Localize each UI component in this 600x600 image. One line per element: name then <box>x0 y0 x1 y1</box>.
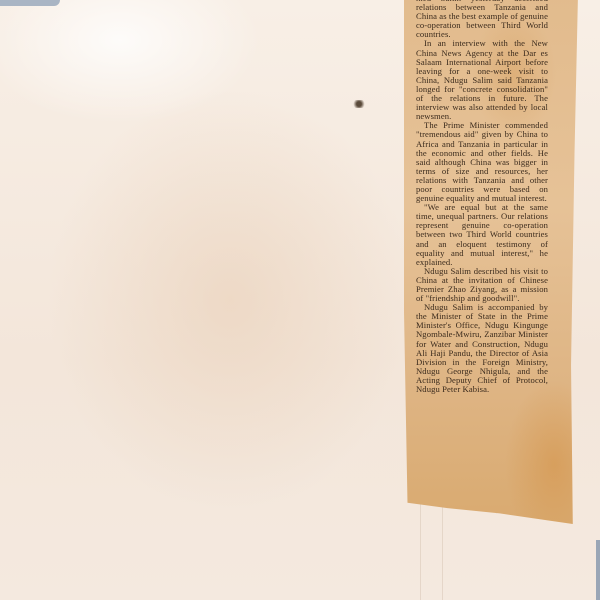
article-paragraph: Ndugu Salim described his visit to China… <box>416 267 548 303</box>
article-paragraph: "We are equal but at the same time, uneq… <box>416 203 548 267</box>
article-text: med Salim yesterday described relations … <box>416 0 548 394</box>
newspaper-clipping: med Salim yesterday described relations … <box>404 0 578 524</box>
article-paragraph: The Prime Minister commended "tremendous… <box>416 121 548 203</box>
article-paragraph: Ndugu Salim is accompanied by the Minist… <box>416 303 548 394</box>
scanned-page: med Salim yesterday described relations … <box>0 0 600 600</box>
scanner-backdrop-edge <box>596 540 600 600</box>
article-paragraph: med Salim yesterday described relations … <box>416 0 548 39</box>
ink-smudge <box>352 100 366 108</box>
scanner-backdrop-corner <box>0 0 60 6</box>
article-paragraph: In an interview with the New China News … <box>416 39 548 121</box>
bullet-dot-icon <box>412 511 418 517</box>
next-headline-fragment: ■ ▲ ● <box>454 509 502 518</box>
